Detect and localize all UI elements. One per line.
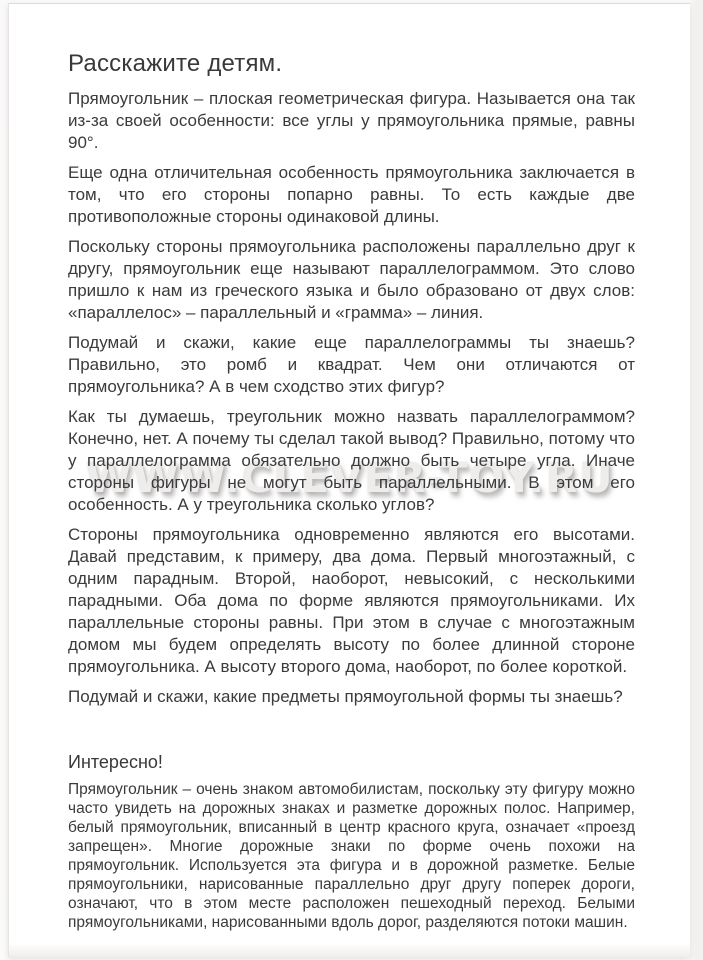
scanned-book-page: WWW.CLEVER-TOY.RU Расскажите детям. Прям…	[0, 0, 703, 960]
scanner-edge-strip	[688, 0, 703, 960]
page-content: Расскажите детям. Прямоугольник – плоска…	[9, 4, 690, 932]
paragraph-parallelogram-origin: Поскольку стороны прямоугольника располо…	[68, 236, 635, 324]
paragraph-other-parallelograms-question: Подумай и скажи, какие еще параллелограм…	[68, 332, 635, 398]
page-title: Расскажите детям.	[68, 49, 635, 79]
book-page: WWW.CLEVER-TOY.RU Расскажите детям. Прям…	[8, 3, 690, 957]
page-bottom-shadow	[9, 943, 690, 957]
paragraph-rectangle-definition: Прямоугольник – плоская геометрическая ф…	[68, 88, 635, 154]
paragraph-objects-question: Подумай и скажи, какие предметы прямоуго…	[68, 686, 635, 708]
paragraph-triangle-question: Как ты думаешь, треугольник можно назват…	[68, 406, 635, 516]
interesting-paragraph: Прямоугольник – очень знаком автомобилис…	[68, 780, 635, 932]
interesting-heading: Интересно!	[68, 750, 635, 774]
paragraph-equal-sides: Еще одна отличительная особенность прямо…	[68, 162, 635, 228]
paragraph-heights-houses: Стороны прямоугольника одновременно явля…	[68, 524, 635, 678]
